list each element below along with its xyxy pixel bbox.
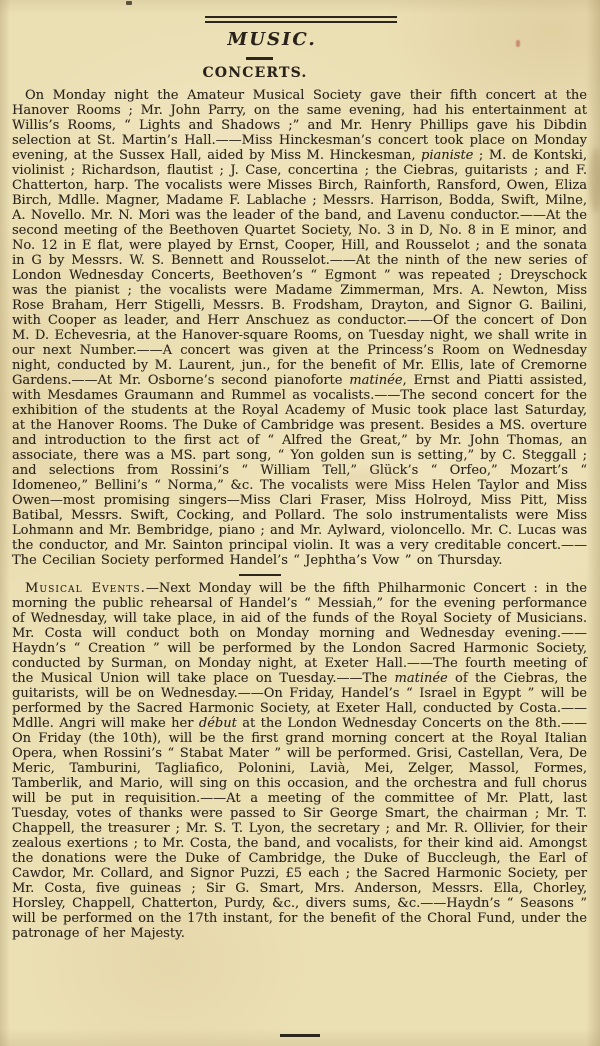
top-double-rule — [205, 16, 397, 23]
article-title: MUSIC. — [0, 29, 572, 50]
newspaper-page-scan: MUSIC. CONCERTS. On Monday night the Ama… — [0, 0, 600, 1046]
article-end-rule — [280, 1034, 320, 1037]
paper-stain — [330, 470, 420, 496]
musical-events-paragraph: Musical Events.—Next Monday will be the … — [0, 581, 600, 941]
concerts-paragraph: On Monday night the Amateur Musical Soci… — [0, 88, 600, 568]
ink-fragment — [126, 1, 132, 5]
concerts-heading: CONCERTS. — [0, 65, 555, 81]
paper-stain — [589, 148, 600, 212]
title-divider-rule — [246, 57, 273, 60]
section-divider-rule — [239, 574, 281, 576]
